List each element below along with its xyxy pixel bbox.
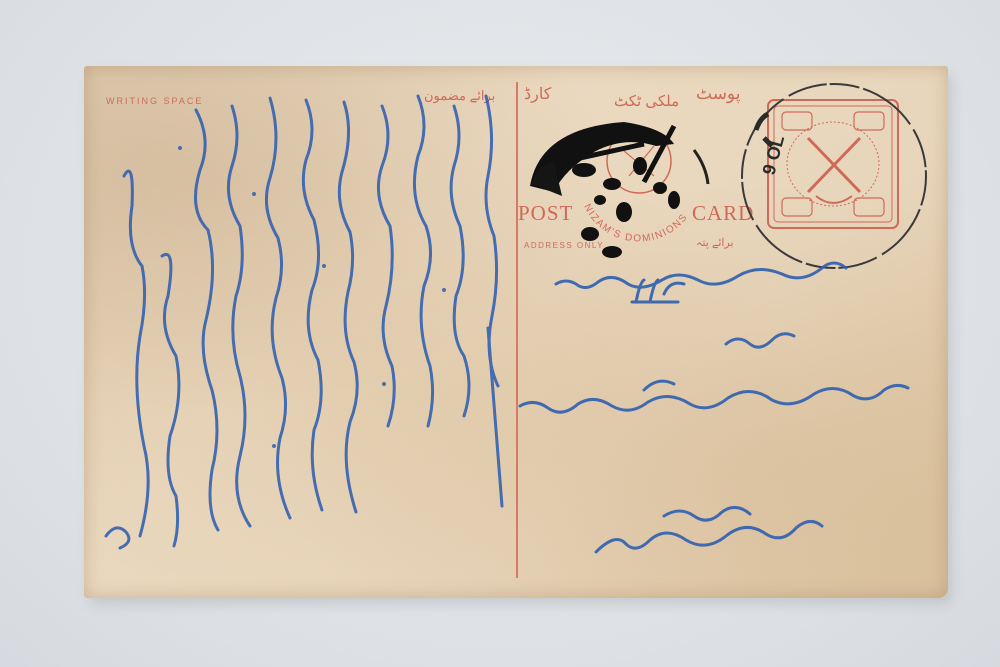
handwritten-address bbox=[84, 66, 948, 598]
postcard: WRITING SPACE برائے مضمون کارڈ ملکی ٹکٹ … bbox=[84, 66, 948, 598]
